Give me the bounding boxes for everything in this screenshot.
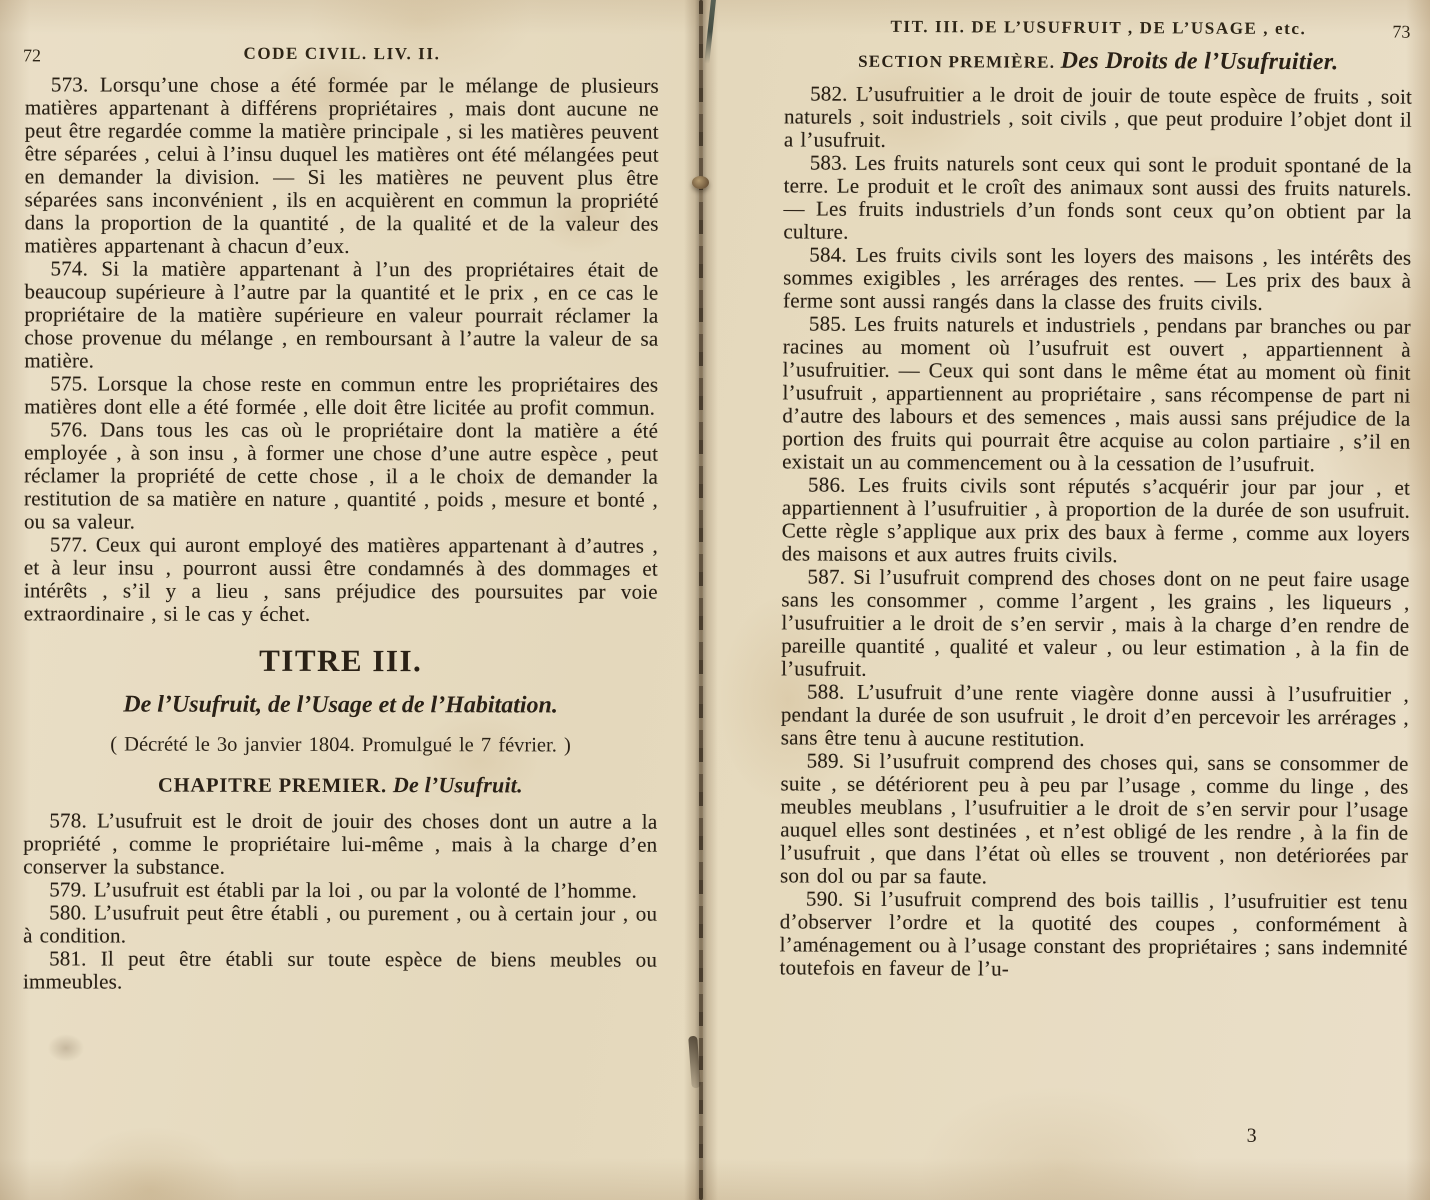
article-574: 574. Si la matière appartenant à l’un de… [24, 257, 658, 373]
article-577: 577. Ceux qui auront employé des matière… [24, 533, 658, 626]
section-title: Des Droits de l’Usufruitier. [1061, 48, 1339, 75]
article-578: 578. L’usufruit est le droit de jouir de… [23, 809, 657, 879]
left-page-header: 72 CODE CIVIL. LIV. II. [25, 43, 659, 68]
article-576: 576. Dans tous les cas où le propriétair… [24, 418, 658, 534]
titre-iii-heading: TITRE III. [24, 643, 658, 678]
article-589: 589. Si l’usufruit comprend des choses q… [780, 749, 1409, 890]
article-587: 587. Si l’usufruit comprend des choses d… [781, 565, 1410, 683]
article-573: 573. Lorsqu’une chose a été formée par l… [25, 73, 659, 258]
titre-iii-subtitle: De l’Usufruit, de l’Usage et de l’Habita… [24, 691, 658, 719]
article-585: 585. Les fruits naturels et industriels … [782, 312, 1411, 476]
article-580: 580. L’usufruit peut être établi , ou pu… [23, 901, 657, 948]
chapter-title: De l’Usufruit. [393, 772, 523, 797]
article-579: 579. L’usufruit est établi par la loi , … [23, 878, 657, 902]
decree-line: ( Décrété le 3o janvier 1804. Promulgué … [24, 732, 658, 757]
signature-mark: 3 [1247, 1125, 1257, 1148]
section-premiere-heading: SECTION PREMIÈRE. Des Droits de l’Usufru… [784, 46, 1412, 77]
article-575: 575. Lorsque la chose reste en commun en… [24, 372, 658, 419]
article-588: 588. L’usufruit d’une rente viagère donn… [781, 680, 1409, 752]
left-page: 72 CODE CIVIL. LIV. II. 573. Lorsqu’une … [23, 43, 659, 994]
article-586: 586. Les fruits civils sont réputés s’ac… [782, 473, 1410, 568]
article-584: 584. Les fruits civils sont les loyers d… [783, 243, 1411, 315]
chapter-label: CHAPITRE PREMIER. [158, 775, 387, 797]
article-582: 582. L’usufruitier a le droit de jouir d… [784, 82, 1412, 154]
right-page-header: TIT. III. DE L’USUFRUIT , DE L’USAGE , e… [784, 16, 1412, 43]
binding-gutter [684, 0, 718, 1200]
article-583: 583. Les fruits naturels sont ceux qui s… [783, 151, 1411, 246]
running-header-left: CODE CIVIL. LIV. II. [243, 44, 440, 63]
book-spread: 72 CODE CIVIL. LIV. II. 573. Lorsqu’une … [0, 0, 1430, 1200]
chapter-premier-heading: CHAPITRE PREMIER. De l’Usufruit. [23, 772, 657, 798]
section-label: SECTION PREMIÈRE. [858, 52, 1055, 72]
page-number-73: 73 [1392, 22, 1410, 43]
running-header-right: TIT. III. DE L’USUFRUIT , DE L’USAGE , e… [890, 17, 1306, 38]
right-page: TIT. III. DE L’USUFRUIT , DE L’USAGE , e… [779, 16, 1412, 982]
page-number-72: 72 [23, 45, 41, 66]
article-581: 581. Il peut être établi sur toute espèc… [23, 947, 657, 994]
article-590: 590. Si l’usufruit comprend des bois tai… [779, 887, 1407, 982]
